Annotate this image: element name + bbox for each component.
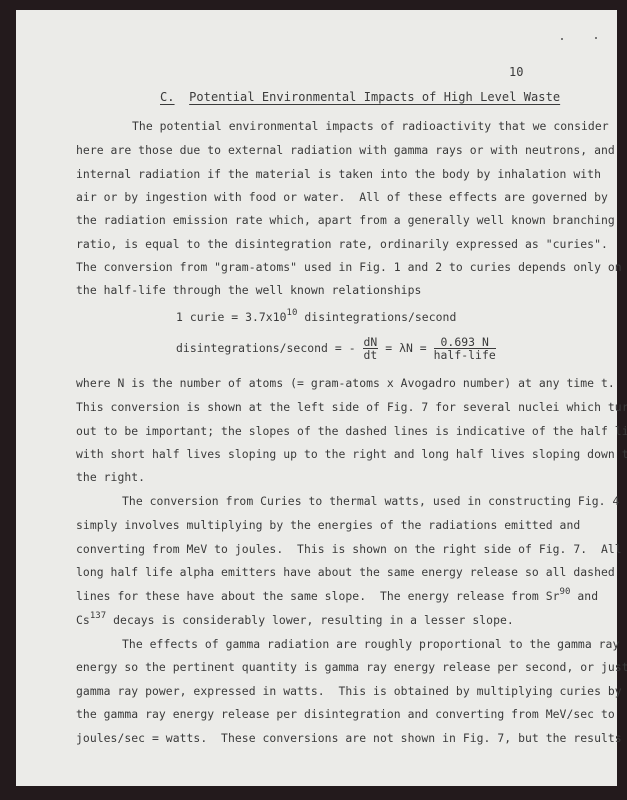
paragraph-text: decays is considerably lower, resulting … [106,613,514,627]
formula-text: disintegrations/second [297,310,456,324]
speck-mark [595,37,597,39]
paragraph-line: where N is the number of atoms (= gram-a… [76,376,615,390]
formula-decay-rate: disintegrations/second = - dNdt = λN = 0… [176,335,496,361]
paragraph-line: The conversion from "gram-atoms" used in… [76,260,622,274]
paragraph-line: This conversion is shown at the left sid… [76,400,627,414]
paragraph-line: gamma ray power, expressed in watts. Thi… [76,684,622,698]
formula-text: = λN = [378,341,433,355]
paragraph-line: the right. [76,470,145,484]
paragraph-line: simply involves multiplying by the energ… [76,518,580,532]
formula-text: disintegrations/second = - [176,341,363,355]
paragraph-text: and [570,589,598,603]
isotope-superscript: 137 [90,611,106,621]
formula-text: 1 curie = 3.7x10 [176,310,287,324]
paragraph-line: the radiation emission rate which, apart… [76,213,615,227]
paragraph-line: converting from MeV to joules. This is s… [76,542,622,556]
paragraph-text: Cs [76,613,90,627]
formula-exponent: 10 [287,308,298,318]
paragraph-line: energy so the pertinent quantity is gamm… [76,660,627,674]
paragraph-line: with short half lives sloping up to the … [76,447,627,461]
paragraph-line: The potential environmental impacts of r… [132,119,609,133]
speck-mark [561,38,563,40]
fraction-dn-dt: dNdt [363,336,379,361]
section-heading: C. Potential Environmental Impacts of Hi… [160,90,560,104]
paragraph-line: internal radiation if the material is ta… [76,167,601,181]
paragraph-line: the gamma ray energy release per disinte… [76,707,615,721]
paragraph-line: The conversion from Curies to thermal wa… [122,494,619,508]
formula-curie: 1 curie = 3.7x1010 disintegrations/secon… [176,310,456,324]
fraction-denominator: half-life [434,349,496,361]
section-letter: C. [160,90,175,104]
paragraph-line: ratio, is equal to the disintegration ra… [76,237,608,251]
paragraph-line: The effects of gamma radiation are rough… [122,637,619,651]
isotope-superscript: 90 [560,587,571,597]
paragraph-line: here are those due to external radiation… [76,143,615,157]
paragraph-line: joules/sec = watts. These conversions ar… [76,731,622,745]
fraction-denominator: dt [363,349,379,361]
paragraph-text: lines for these have about the same slop… [76,589,560,603]
page-number: 10 [509,65,524,79]
document-page: 10 C. Potential Environmental Impacts of… [16,10,617,786]
paragraph-line: air or by ingestion with food or water. … [76,190,608,204]
section-title: Potential Environmental Impacts of High … [189,90,560,104]
paragraph-line: long half life alpha emitters have about… [76,565,615,579]
paragraph-line: out to be important; the slopes of the d… [76,424,627,438]
paragraph-line: Cs137 decays is considerably lower, resu… [76,613,514,627]
fraction-half-life: 0.693 Nhalf-life [434,336,496,361]
paragraph-line: lines for these have about the same slop… [76,589,598,603]
paragraph-line: the half-life through the well known rel… [76,283,421,297]
